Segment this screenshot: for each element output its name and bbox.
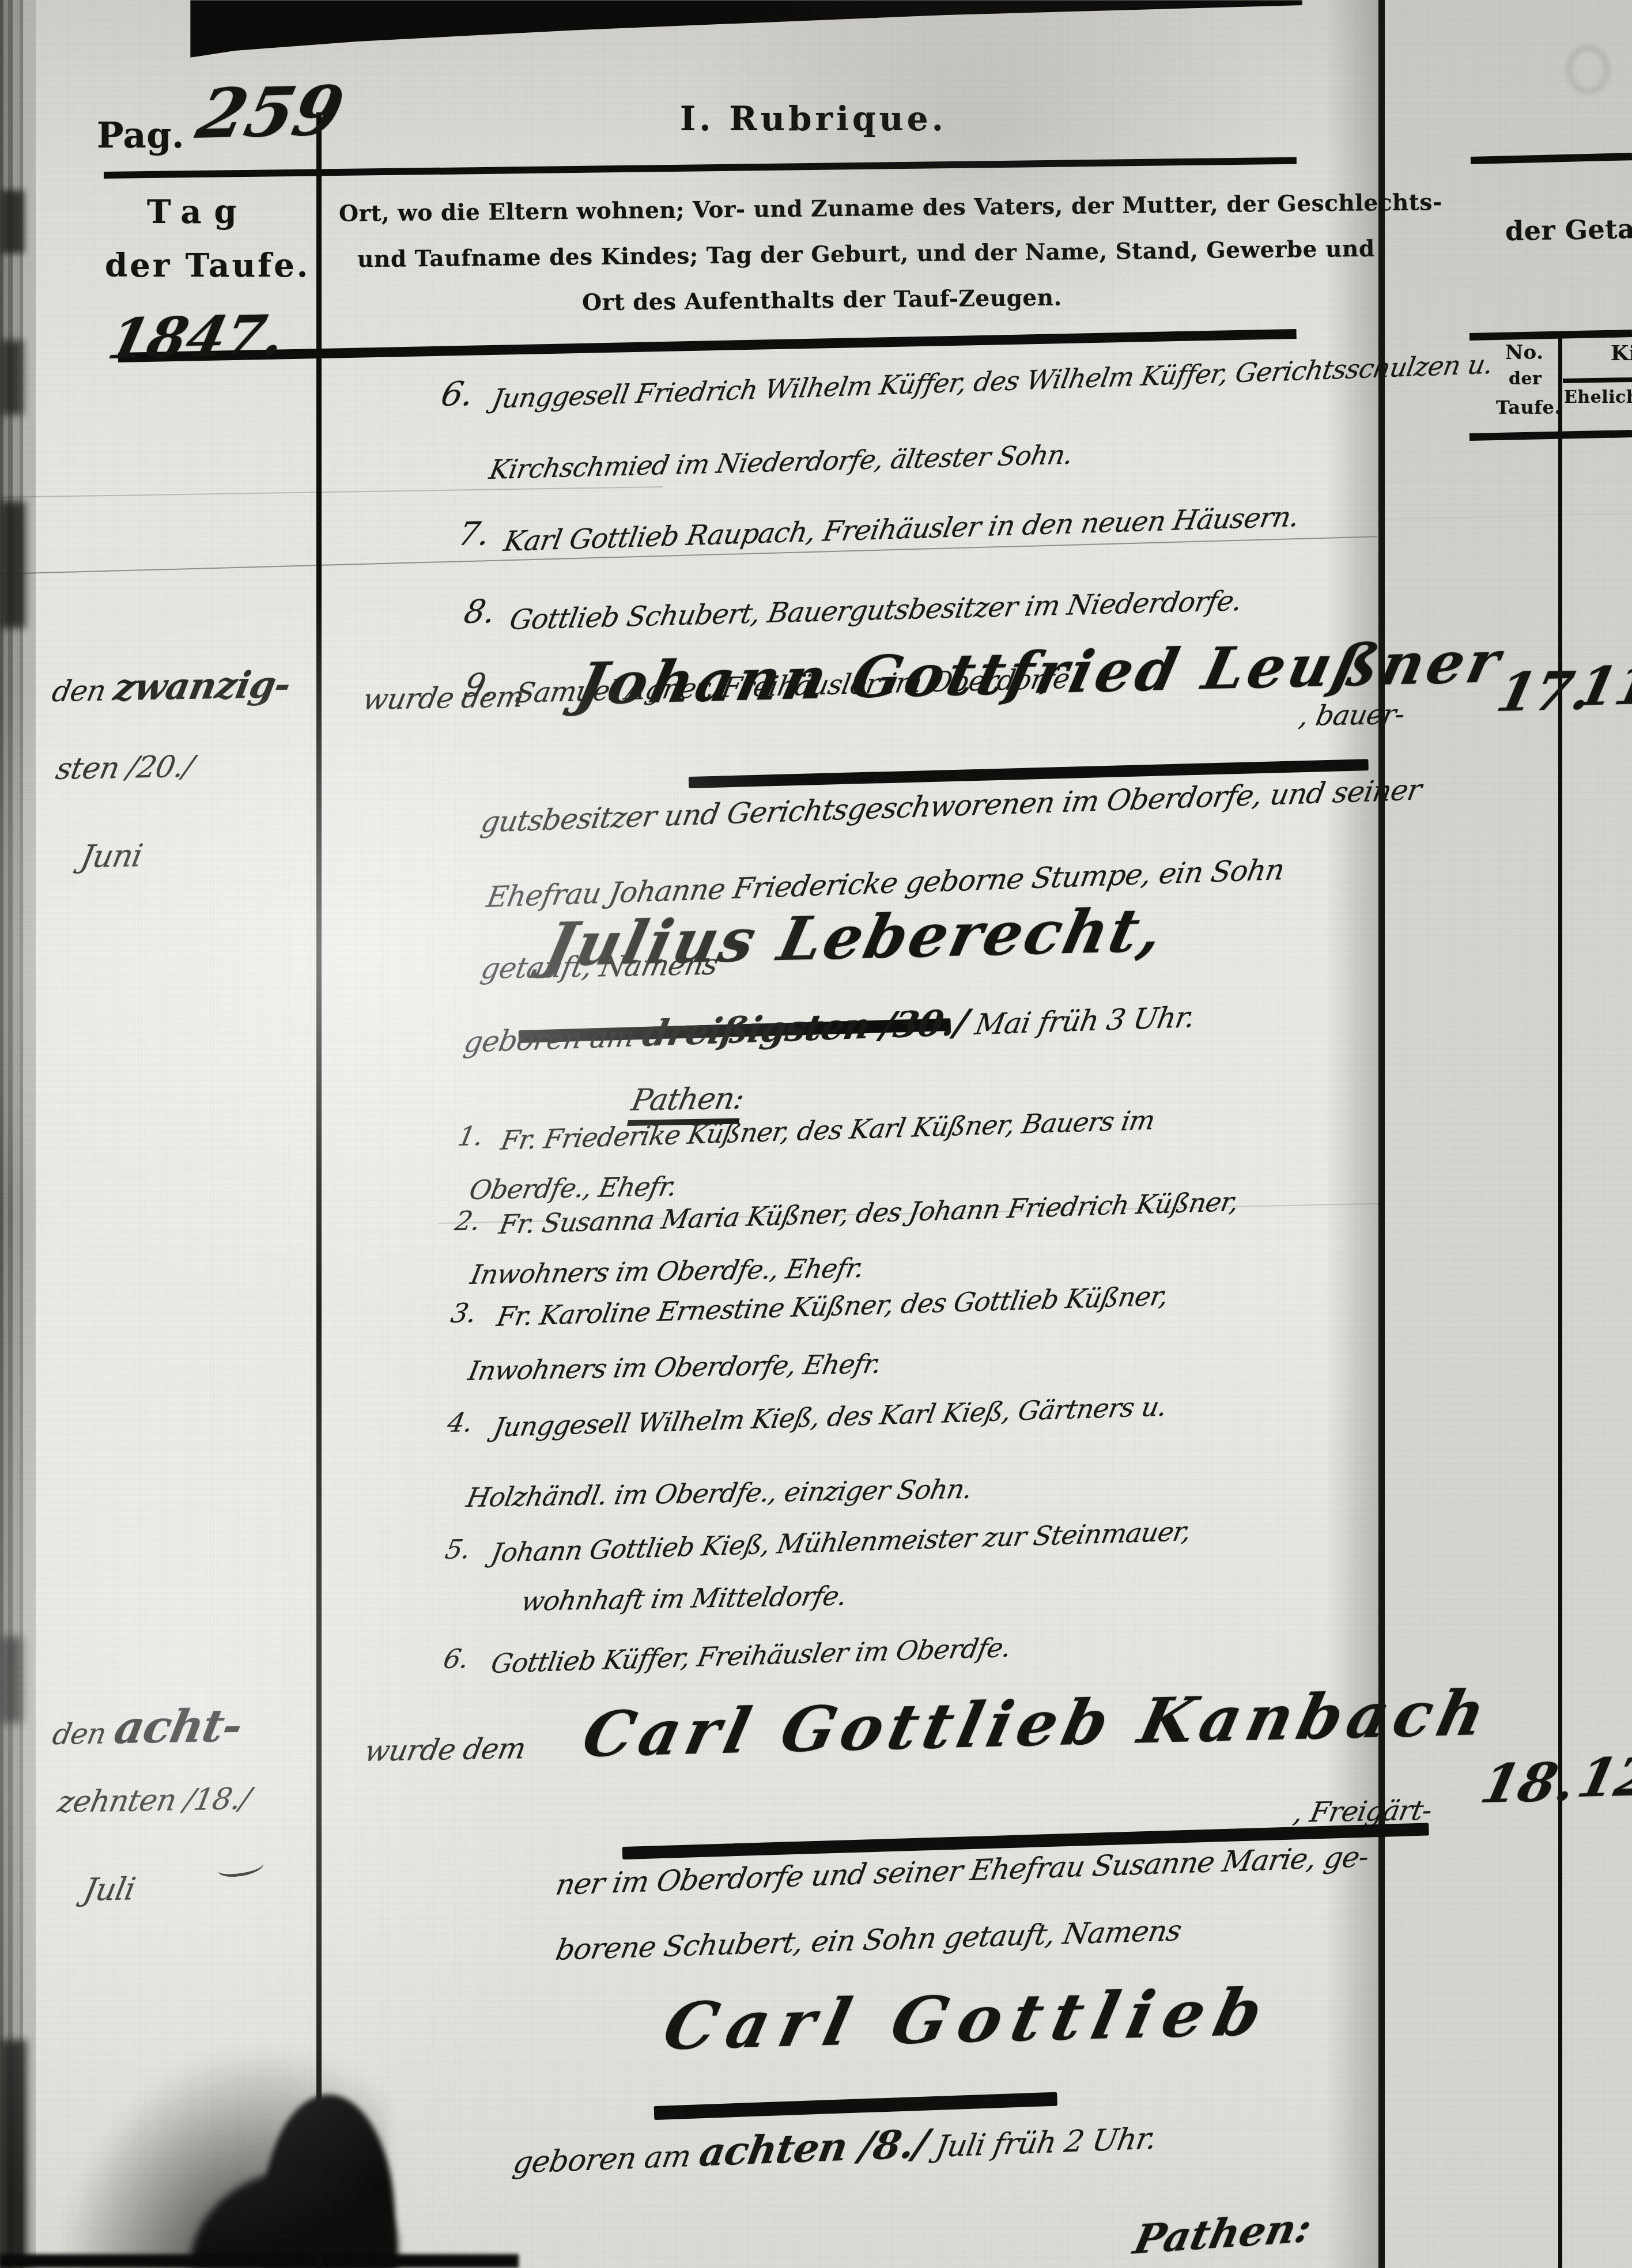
entry2-birth-day: achten /8./ (696, 2121, 932, 2176)
godparent-line: Fr. Karoline Ernestine Küßner, des Gottl… (494, 1280, 1170, 1332)
witness-item-number: 7. (455, 515, 492, 553)
godparent-number: 4. (445, 1407, 475, 1438)
entry2-margin-day-word: acht- (110, 1699, 247, 1754)
entry1-body-line1: gutsbesitzer und Gerichtsgeschworenen im… (478, 773, 1424, 839)
godparent-line: Inwohners im Oberdorfe, Ehefr. (466, 1348, 884, 1386)
godparent-line: Gottlieb Küffer, Freihäusler im Oberdfe. (489, 1632, 1013, 1679)
entry2-child-name: Carl Gottlieb (657, 1975, 1279, 2065)
entry1-child-name: Julius Leberecht, (539, 894, 1172, 980)
witness-item-text: Gottlieb Schubert, Bauergutsbesitzer im … (507, 585, 1244, 636)
date-col-header-line2: der Taufe. (105, 247, 310, 285)
page-gutter-shadow (1325, 0, 1378, 2268)
entry2-body-line2: borene Schubert, ein Sohn getauft, Namen… (553, 1914, 1184, 1967)
page-label: Pag. (97, 114, 184, 156)
entry1-birth-pre: geboren am (462, 1020, 637, 1059)
right-page-tone (1385, 0, 1632, 2268)
entry1-intro: wurde dem (360, 680, 527, 716)
entry1-margin-date-line3: Juni (78, 837, 145, 875)
godparent-line: Inwohners im Oberdfe., Ehefr. (468, 1252, 866, 1290)
entry2-margin-date-line1: den acht- (49, 1699, 247, 1755)
entry1-margin-den: den (50, 674, 108, 708)
year-label: 1847. (103, 303, 292, 372)
rubrique-header-line3: Ort des Aufenthalts der Tauf-Zeugen. (582, 285, 1062, 316)
godparent-number: 1. (455, 1120, 486, 1152)
godparent-number: 3. (448, 1297, 479, 1329)
entry2-intro: wurde dem (362, 1732, 528, 1768)
fold-crease (0, 486, 663, 498)
rubrique-header-line2: und Taufname des Kindes; Tag der Geburt,… (357, 236, 1375, 273)
page-gutter-line (1378, 0, 1385, 2268)
stray-pen-mark (217, 1856, 265, 1878)
entry1-margin-date-line1: den zwanzig- (49, 663, 294, 710)
right-col2-header-partial: Ki (1611, 341, 1632, 365)
entry1-birth-day: dreißigsten /30./ (640, 1001, 972, 1054)
binding-dark-patch (0, 190, 24, 254)
godparent-line: Johann Gottlieb Kieß, Mühlenmeister zur … (489, 1515, 1193, 1568)
entry2-birth-pre: geboren am (511, 2139, 693, 2180)
entry2-godparents-label-partial: Pathen: (1129, 2203, 1316, 2263)
witness-item-number: 6. (438, 374, 477, 414)
right-subcolumn-divider (1558, 335, 1562, 2268)
entry2-birth-line: geboren am achten /8./ Juli früh 2 Uhr. (510, 2112, 1161, 2183)
header-top-rule (104, 157, 1297, 179)
baptism-register-scan: Pag. 259 I. Rubrique. Tag der Taufe. 184… (0, 0, 1632, 2268)
right-page-header-partial: der Geta (1505, 213, 1632, 247)
witness-item-number: 8. (461, 593, 498, 631)
ink-smudge (1567, 46, 1609, 93)
right-no-col-header-line1: No. (1505, 341, 1544, 364)
date-column-divider (316, 112, 322, 2268)
godparent-line: Oberdfe., Ehefr. (467, 1171, 679, 1205)
godparent-line: Holzhändl. im Oberdfe., einziger Sohn. (464, 1473, 974, 1513)
godparent-number: 6. (441, 1643, 471, 1674)
entry2-child-underline (654, 2092, 1057, 2120)
header-bottom-rule (118, 329, 1297, 362)
rubrique-header-line1: Ort, wo die Eltern wohnen; Vor- und Zuna… (339, 189, 1442, 227)
entry1-birth-post: Mai früh 3 Uhr. (973, 1000, 1197, 1041)
right-no-col-header-line3: Taufe. (1496, 396, 1561, 418)
godparent-line: Junggesell Wilhelm Kieß, des Karl Kieß, … (491, 1391, 1169, 1443)
entry1-father-suffix: , bauer- (1297, 698, 1407, 732)
entry2-margin-date-line3: Juli (81, 1870, 138, 1908)
entry2-margin-den: den (50, 1717, 108, 1751)
godparent-line: wohnhaft im Mitteldorfe. (519, 1580, 849, 1617)
binding-dark-patch (0, 1636, 22, 1723)
entry1-margin-day-word: zwanzig- (110, 663, 294, 709)
right-no-col-header-line2: der (1509, 369, 1542, 389)
page-number: 259 (190, 70, 351, 154)
godparent-number: 5. (443, 1533, 473, 1565)
entry2-margin-date-line2: zehnten /18./ (55, 1782, 253, 1820)
right-row2-baptism-number: 18. (1475, 1751, 1582, 1815)
witness-item-text: Kirchschmied im Niederdorfe, ältester So… (487, 439, 1075, 485)
binding-dark-patch (0, 340, 23, 415)
scanner-edge-bottom (0, 2254, 519, 2268)
godparent-number: 2. (452, 1205, 483, 1237)
right-col2-subheader-partial: Eheliche (1564, 387, 1632, 407)
godparent-line: Fr. Friederike Küßner, des Karl Küßner, … (498, 1105, 1157, 1156)
binding-dark-patch (0, 501, 25, 628)
entry2-birth-post: Juli früh 2 Uhr. (933, 2122, 1159, 2164)
date-col-header-line1: Tag (147, 193, 250, 231)
scanner-edge-top-wedge (190, 0, 1302, 58)
binding-dark-patch (0, 2040, 27, 2268)
entry1-margin-date-line2: sten /20./ (53, 750, 197, 787)
entry1-birth-line: geboren am dreißigsten /30./ Mai früh 3 … (461, 993, 1199, 1061)
section-title: I. Rubrique. (680, 99, 947, 138)
